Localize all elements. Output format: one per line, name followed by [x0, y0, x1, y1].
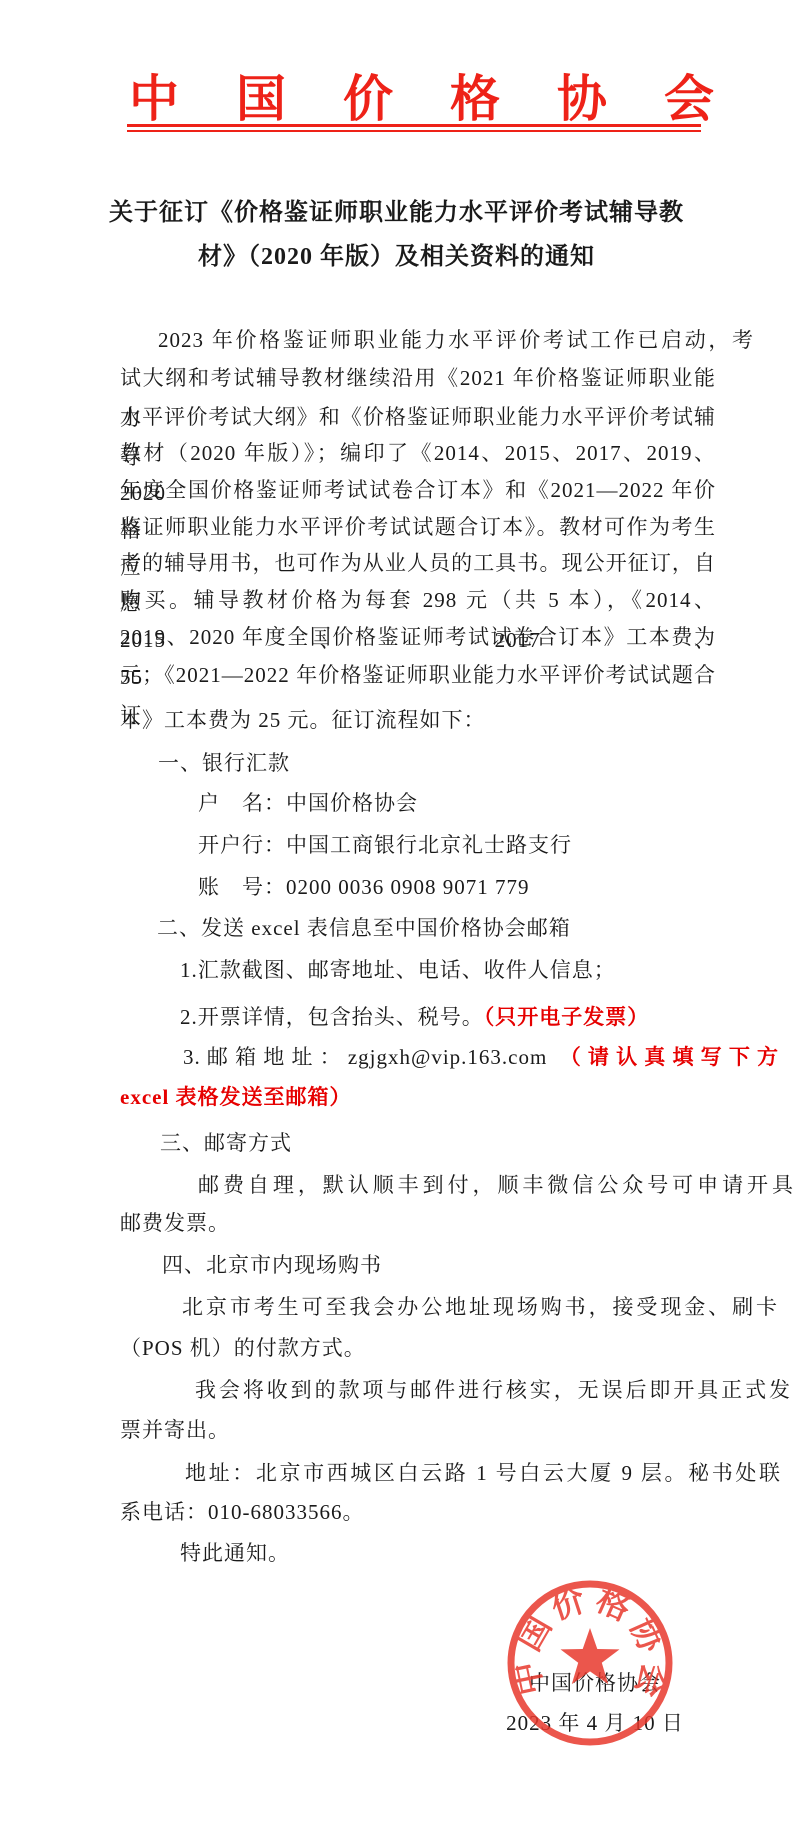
body-text: 一、银行汇款 [158, 751, 290, 775]
notice-document: 中国价格协会 关于征订《价格鉴证师职业能力水平评价考试辅导教材》（2020 年版… [0, 0, 793, 1834]
body-line: 户 名：中国价格协会 [120, 783, 793, 823]
body-line: excel 表格发送至邮箱） [120, 1077, 716, 1117]
body-text: 三、邮寄方式 [160, 1131, 292, 1155]
body-line: 购买。辅导教材价格为每套 298 元（共 5 本），《2014、2015、201… [120, 580, 716, 620]
body-line: 账 号：0200 0036 0908 9071 779 [120, 867, 793, 907]
body-text: 系电话：010-68033566。 [120, 1500, 365, 1524]
body-text: 账 号：0200 0036 0908 9071 779 [198, 875, 530, 899]
body-text: 我会将收到的款项与邮件进行核实，无误后即开具正式发 [195, 1378, 791, 1402]
official-seal: 中国价格协会 [504, 1577, 676, 1749]
body-line: 教材（2020 年版）》；编印了《2014、2015、2017、2019、202… [120, 433, 716, 473]
notice-title-line: 关于征订《价格鉴证师职业能力水平评价考试辅导教 [0, 190, 793, 236]
body-text: 2023 年价格鉴证师职业能力水平评价考试工作已启动，考 [158, 328, 754, 352]
body-line: 邮费发票。 [120, 1203, 716, 1243]
body-text: 1.汇款截图、邮寄地址、电话、收件人信息； [180, 958, 616, 982]
body-line: 年度全国价格鉴证师考试试卷合订本》和《2021—2022 年价格 [120, 470, 716, 510]
body-line: 2019、2020 年度全国价格鉴证师考试试卷合订本》工本费为 55 [120, 617, 716, 657]
body-line: 元；《2021—2022 年价格鉴证师职业能力水平评价考试试题合订 [120, 655, 716, 695]
body-text: 本》工本费为 25 元。征订流程如下： [120, 708, 486, 732]
body-line: 本》工本费为 25 元。征订流程如下： [120, 700, 716, 740]
body-line: 北京市考生可至我会办公地址现场购书，接受现金、刷卡 [120, 1287, 778, 1327]
star-icon [561, 1628, 620, 1684]
body-line: 试大纲和考试辅导教材继续沿用《2021 年价格鉴证师职业能力 [120, 358, 716, 398]
body-line: 票并寄出。 [120, 1410, 716, 1450]
letterhead-rule-bottom [127, 130, 701, 132]
body-line: 地址：北京市西城区白云路 1 号白云大厦 9 层。秘书处联 [120, 1453, 781, 1493]
body-text: 3.邮箱地址：zgjgxh@vip.163.com [183, 1045, 560, 1069]
body-line: 开户行：中国工商银行北京礼士路支行 [120, 825, 793, 865]
body-line: 系电话：010-68033566。 [120, 1492, 716, 1532]
body-line: 考的辅导用书，也可作为从业人员的工具书。现公开征订，自愿 [120, 543, 716, 583]
body-line: 1.汇款截图、邮寄地址、电话、收件人信息； [120, 950, 776, 990]
red-emphasis-text: （请认真填写下方 [560, 1045, 779, 1069]
body-text: 邮费自理，默认顺丰到付，顺丰微信公众号可申请开具 [198, 1173, 793, 1197]
letterhead-rule-top [127, 124, 701, 127]
body-line: 特此通知。 [120, 1533, 776, 1573]
body-text: 邮费发票。 [120, 1211, 230, 1235]
body-text: 票并寄出。 [120, 1418, 230, 1442]
body-text: 开户行：中国工商银行北京礼士路支行 [198, 833, 572, 857]
body-text: （POS 机）的付款方式。 [120, 1336, 366, 1360]
body-line: 2.开票详情，包含抬头、税号。（只开电子发票） [120, 997, 776, 1037]
red-emphasis-text: （只开电子发票） [484, 1005, 650, 1029]
body-line: 邮费自理，默认顺丰到付，顺丰微信公众号可申请开具 [120, 1165, 793, 1205]
body-line: 一、银行汇款 [120, 743, 754, 783]
letterhead-title: 中国价格协会 [129, 70, 771, 128]
body-text: 户 名：中国价格协会 [198, 791, 418, 815]
body-text: 特此通知。 [180, 1541, 290, 1565]
body-line: 水平评价考试大纲》和《价格鉴证师职业能力水平评价考试辅导 [120, 397, 716, 437]
red-emphasis-text: excel 表格发送至邮箱） [120, 1085, 352, 1109]
body-text: 二、发送 excel 表信息至中国价格协会邮箱 [157, 916, 571, 940]
body-line: 3.邮箱地址：zgjgxh@vip.163.com （请认真填写下方 [120, 1037, 779, 1077]
body-text: 2.开票详情，包含抬头、税号。 [180, 1005, 484, 1029]
body-line: 我会将收到的款项与邮件进行核实，无误后即开具正式发 [120, 1370, 791, 1410]
body-text: 四、北京市内现场购书 [162, 1253, 382, 1277]
body-line: 三、邮寄方式 [120, 1123, 756, 1163]
body-line: 四、北京市内现场购书 [120, 1245, 758, 1285]
body-line: （POS 机）的付款方式。 [120, 1328, 716, 1368]
body-text: 北京市考生可至我会办公地址现场购书，接受现金、刷卡 [182, 1295, 778, 1319]
body-text: 地址：北京市西城区白云路 1 号白云大厦 9 层。秘书处联 [185, 1461, 781, 1485]
body-line: 二、发送 excel 表信息至中国价格协会邮箱 [120, 908, 753, 948]
notice-title-line: 材》（2020 年版）及相关资料的通知 [0, 234, 793, 280]
body-line: 鉴证师职业能力水平评价考试试题合订本》。教材可作为考生应 [120, 507, 716, 547]
body-line: 2023 年价格鉴证师职业能力水平评价考试工作已启动，考 [120, 320, 754, 360]
